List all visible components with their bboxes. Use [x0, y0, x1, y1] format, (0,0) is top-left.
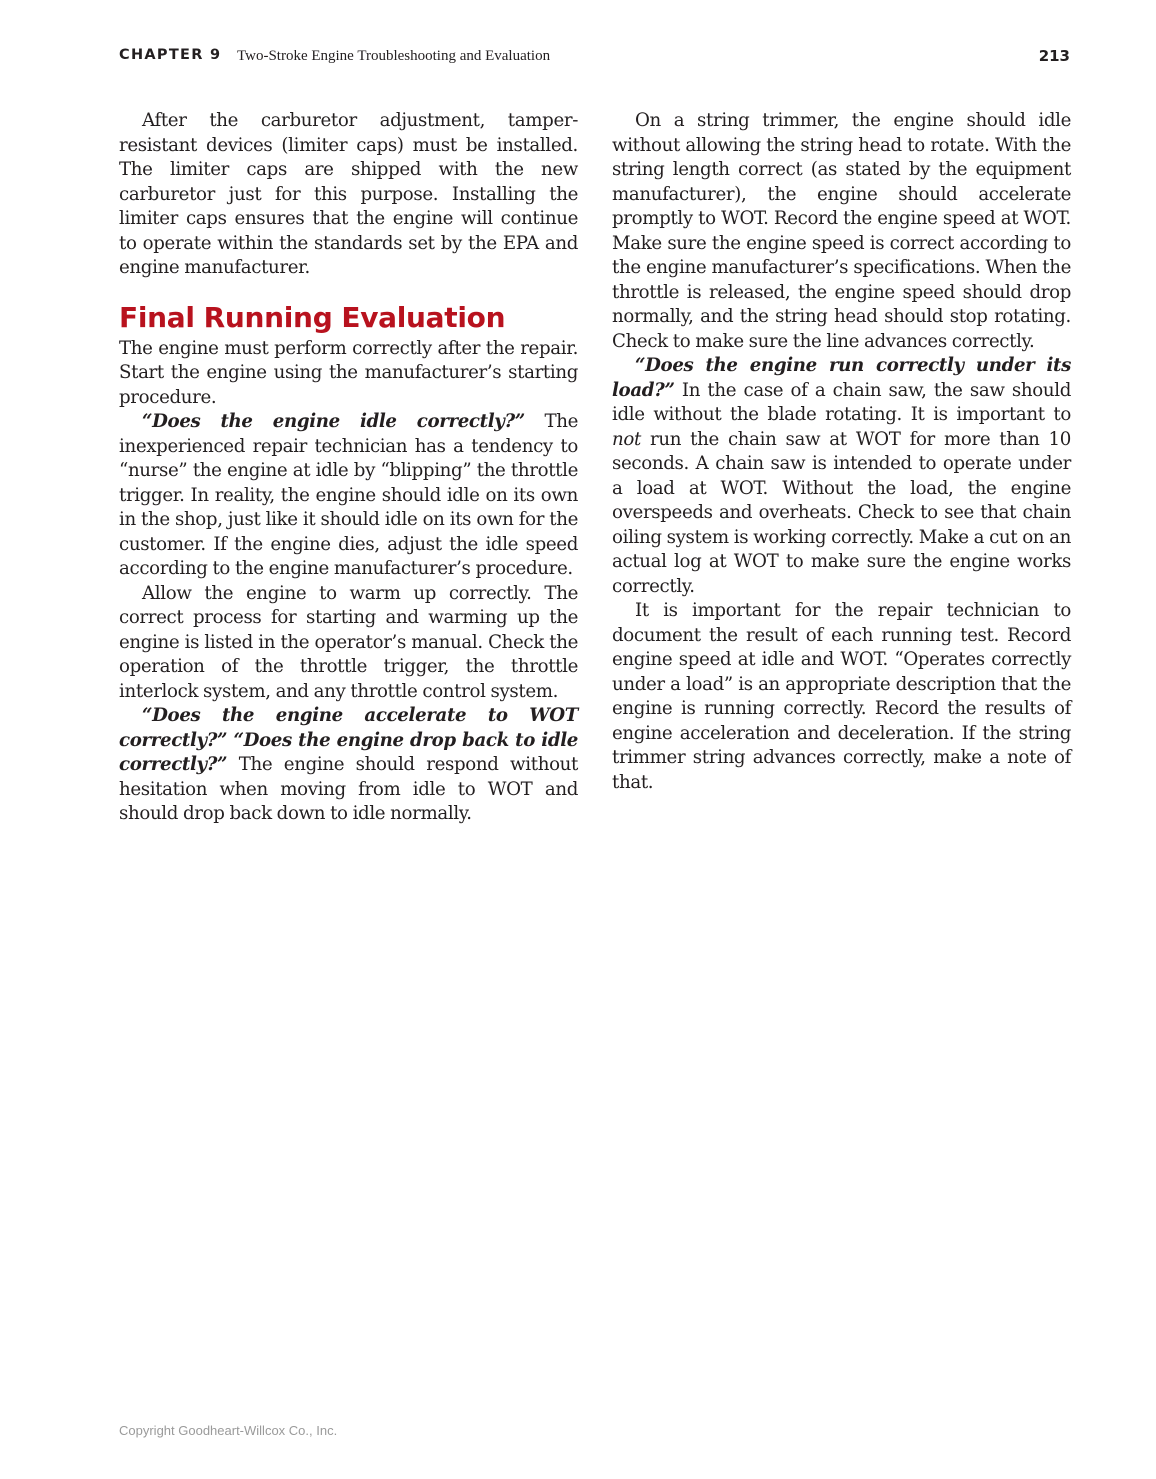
- paragraph-load: “Does the engine run correctly under its…: [612, 354, 1071, 599]
- paragraph-load-text-a: In the case of a chain saw, the saw shou…: [612, 380, 1071, 426]
- question-idle: “Does the engine idle correctly?”: [142, 411, 525, 432]
- chapter-label: CHAPTER 9: [119, 47, 221, 63]
- paragraph-intro: The engine must perform correctly after …: [119, 337, 578, 411]
- paragraph-document-results: It is important for the repair technicia…: [612, 599, 1071, 795]
- running-header: CHAPTER 9 Two-Stroke Engine Troubleshoot…: [119, 46, 1070, 68]
- left-column: After the carburetor adjustment, tamper-…: [119, 109, 578, 827]
- copyright-footer: Copyright Goodheart-Willcox Co., Inc.: [119, 1423, 337, 1438]
- chapter-title: Two-Stroke Engine Troubleshooting and Ev…: [237, 48, 550, 65]
- paragraph-load-text-b: run the chain saw at WOT for more than 1…: [612, 429, 1071, 597]
- paragraph-limiter-caps: After the carburetor adjustment, tamper-…: [119, 109, 578, 281]
- paragraph-idle: “Does the engine idle correctly?” The in…: [119, 410, 578, 582]
- emphasis-not: not: [612, 429, 641, 450]
- paragraph-idle-text: The inexperienced repair technician has …: [119, 411, 578, 579]
- section-heading: Final Running Evaluation: [119, 302, 578, 334]
- paragraph-warm-up: Allow the engine to warm up correctly. T…: [119, 582, 578, 705]
- right-column: On a string trimmer, the engine should i…: [612, 109, 1071, 795]
- paragraph-string-trimmer: On a string trimmer, the engine should i…: [612, 109, 1071, 354]
- page-number: 213: [1039, 47, 1070, 65]
- paragraph-accelerate: “Does the engine accelerate to WOT corre…: [119, 704, 578, 827]
